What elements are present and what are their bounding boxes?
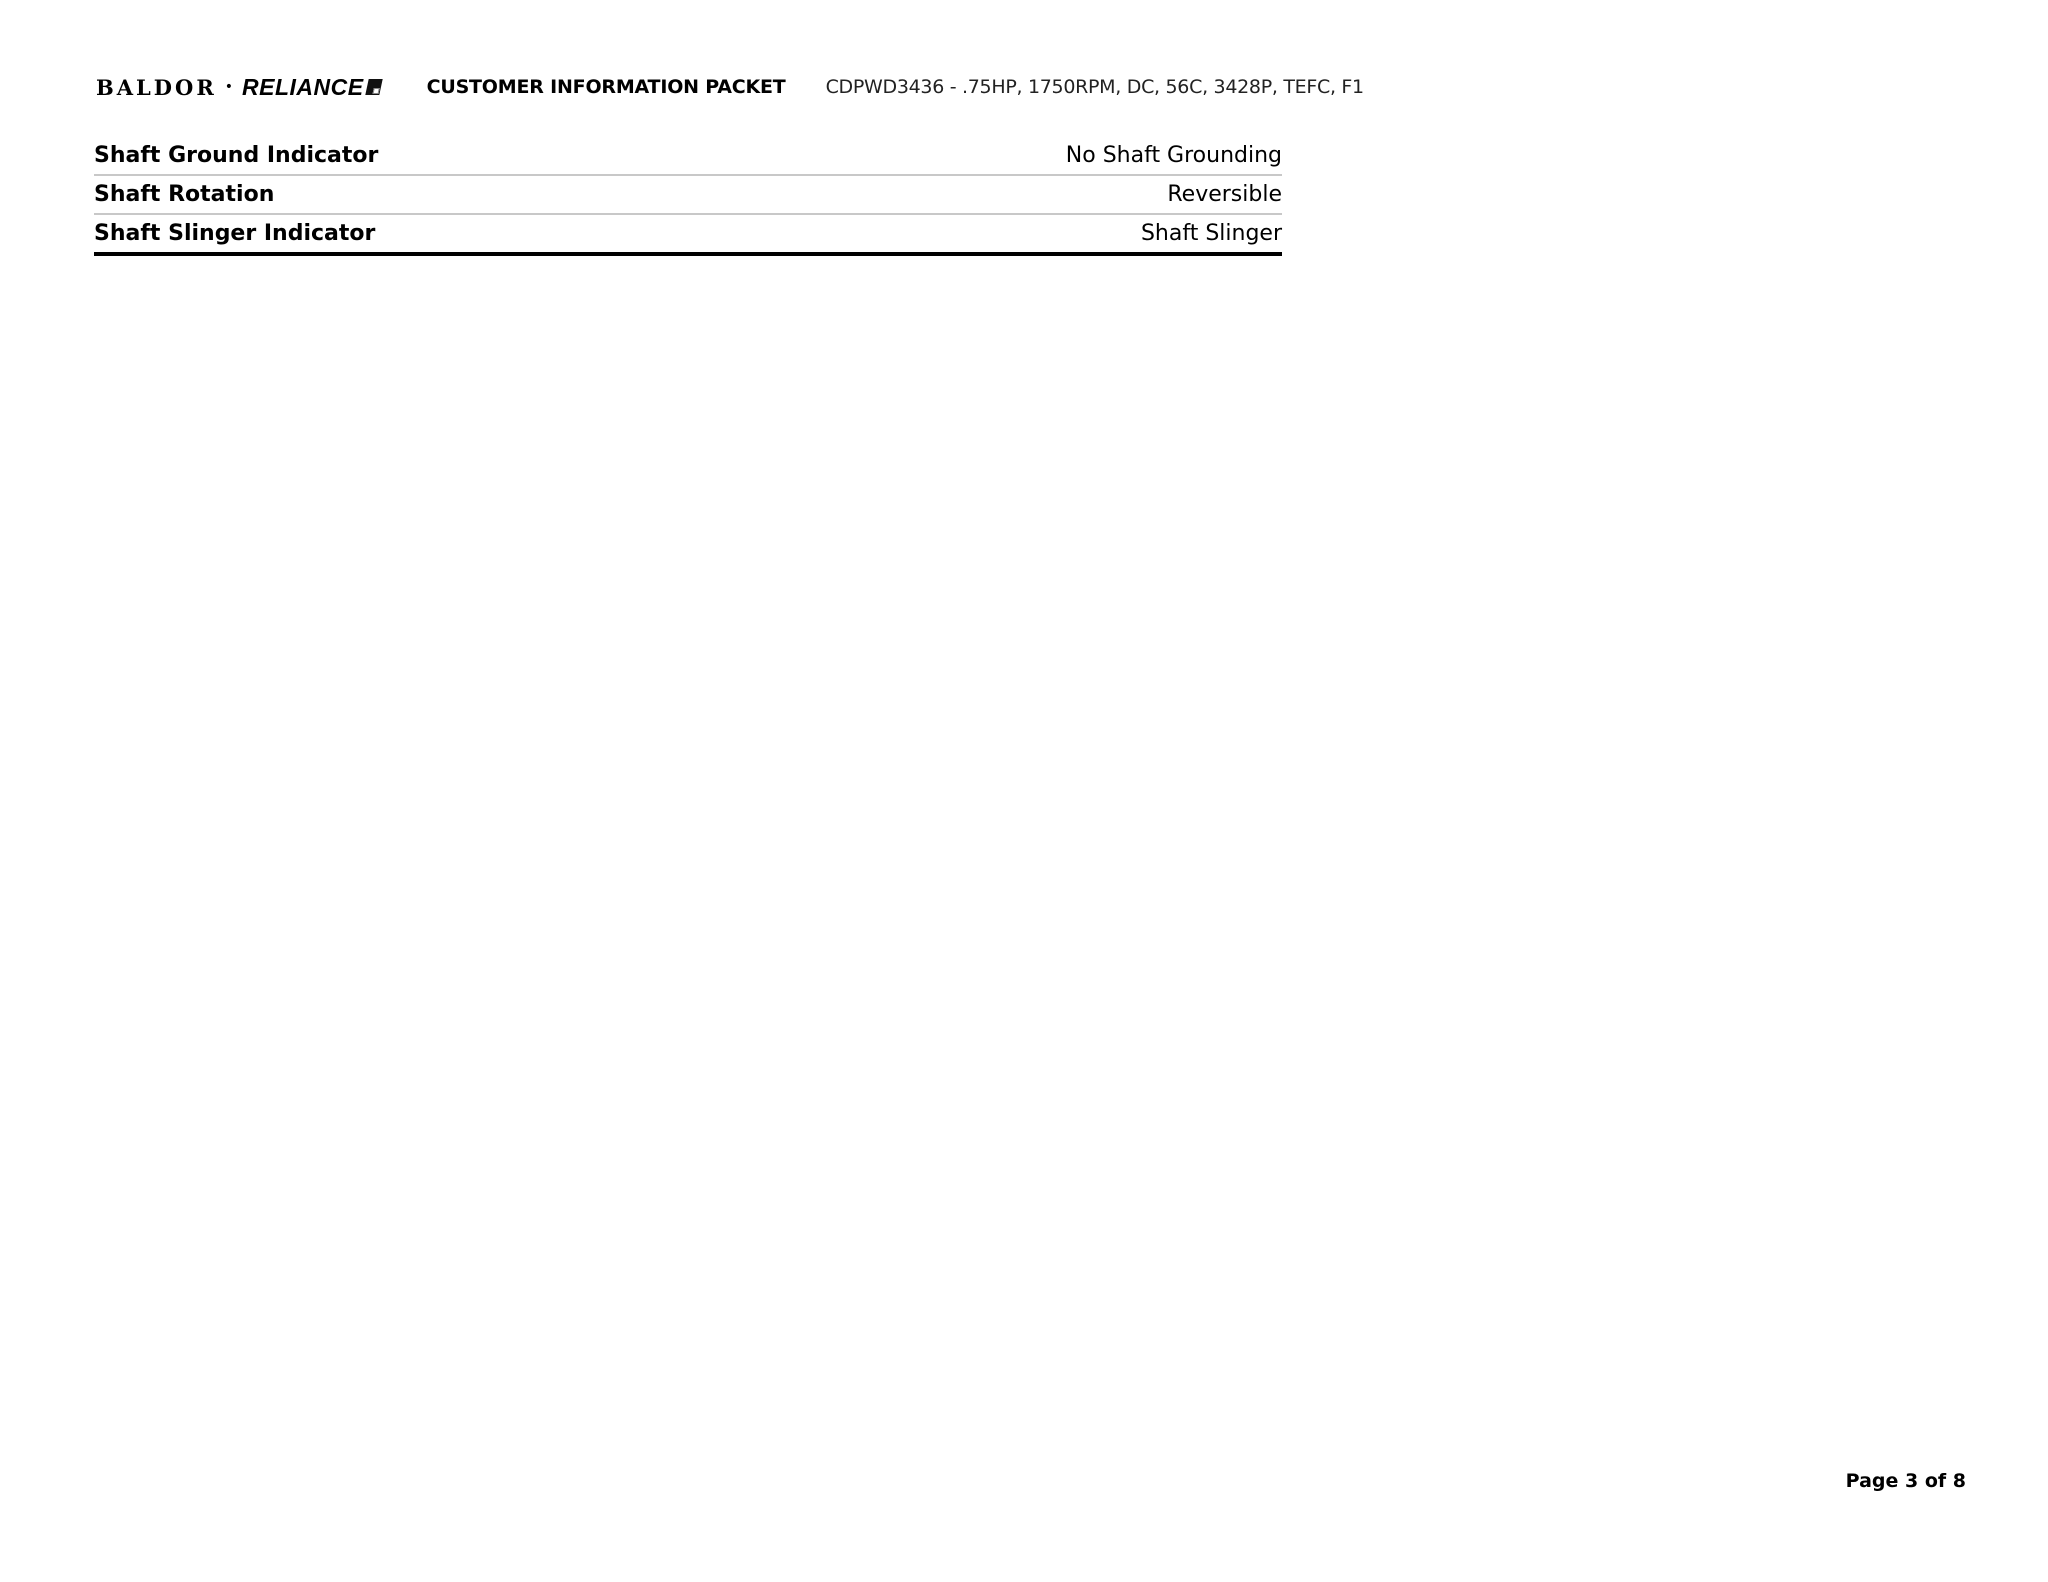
reliance-mark-icon (365, 79, 382, 95)
logo-reliance-text: RELIANCE (242, 74, 364, 101)
spec-row: Shaft Slinger Indicator Shaft Slinger (94, 215, 1282, 256)
spec-value: Reversible (1167, 182, 1282, 207)
spec-value: No Shaft Grounding (1066, 143, 1282, 168)
spec-row: Shaft Rotation Reversible (94, 176, 1282, 215)
spec-label: Shaft Slinger Indicator (94, 221, 375, 246)
spec-value: Shaft Slinger (1141, 221, 1282, 246)
page-number: Page 3 of 8 (1846, 1470, 1966, 1492)
spec-row: Shaft Ground Indicator No Shaft Groundin… (94, 137, 1282, 176)
spec-label: Shaft Rotation (94, 182, 274, 207)
logo-separator: • (225, 79, 234, 95)
spec-table: Shaft Ground Indicator No Shaft Groundin… (94, 137, 1282, 256)
model-description: CDPWD3436 - .75HP, 1750RPM, DC, 56C, 342… (826, 76, 1364, 98)
document-title: CUSTOMER INFORMATION PACKET (427, 76, 786, 98)
baldor-reliance-logo: BALDOR • RELIANCE (96, 74, 381, 101)
page-header: BALDOR • RELIANCE CUSTOMER INFORMATION P… (96, 72, 1364, 102)
spec-label: Shaft Ground Indicator (94, 143, 378, 168)
logo-baldor-text: BALDOR (96, 75, 217, 100)
